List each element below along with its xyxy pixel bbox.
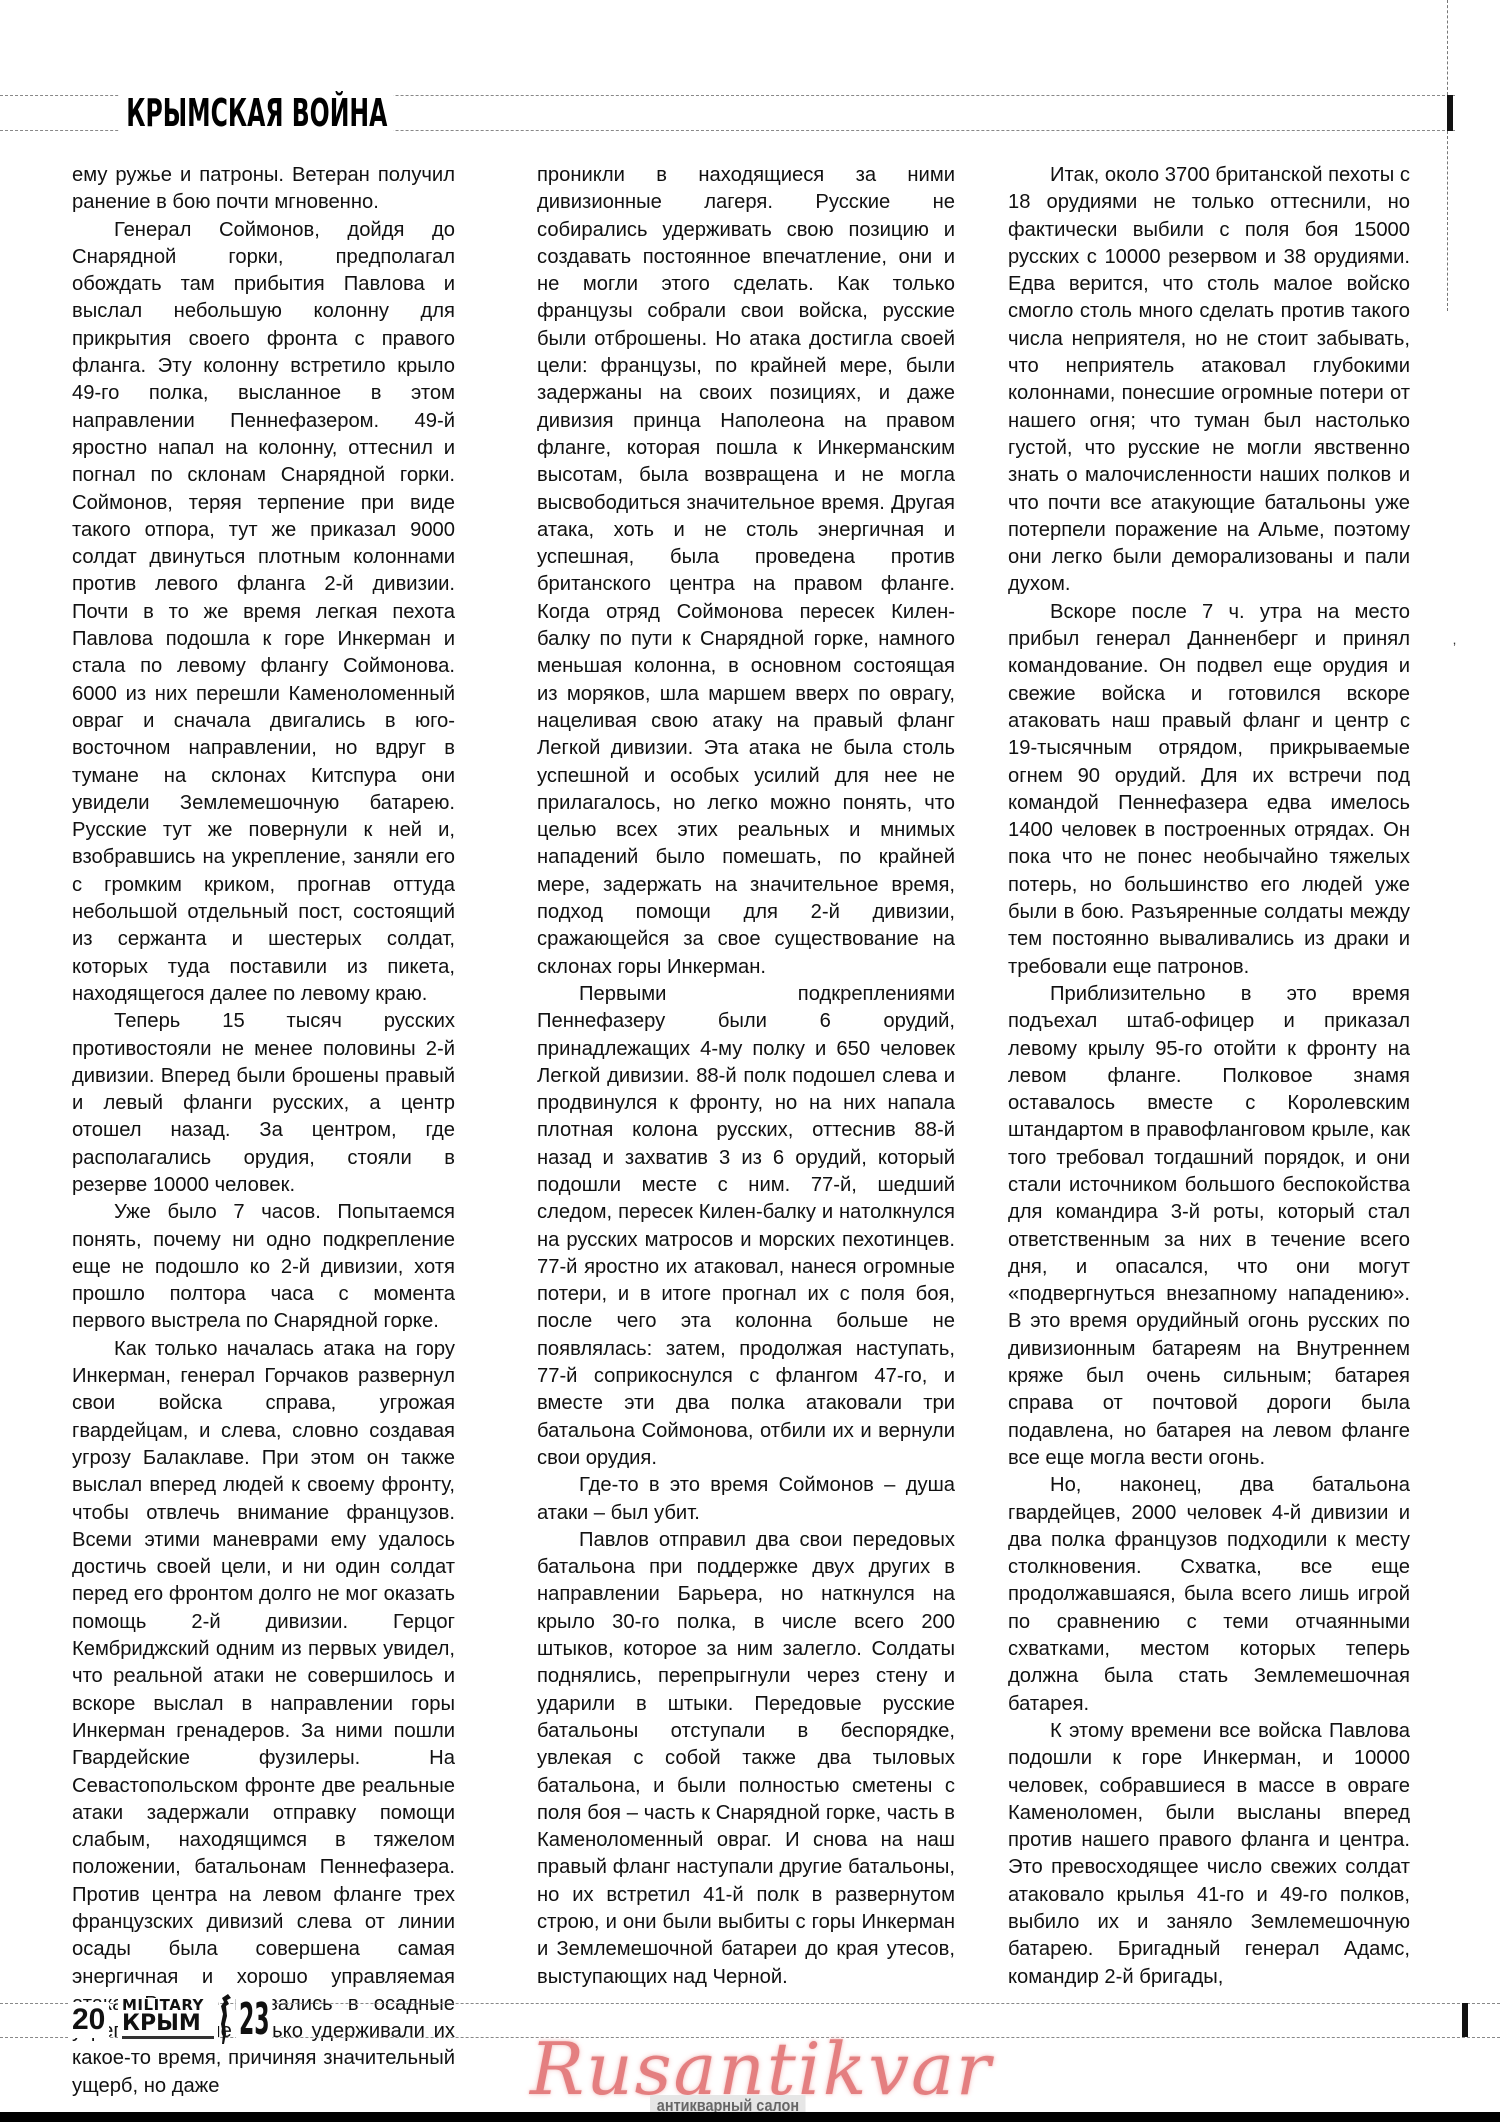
paragraph: Генерал Соймонов, дойдя до Снарядной гор… xyxy=(72,217,455,1009)
article-column-1: ему ружье и патроны. Ветеран получил ран… xyxy=(72,162,455,2100)
paragraph: Теперь 15 тысяч русских противостояли не… xyxy=(72,1008,455,1199)
logo-underbar xyxy=(122,2036,214,2039)
soldier-silhouette-icon xyxy=(218,1994,232,2044)
crop-mark xyxy=(1447,131,1449,311)
paragraph: Итак, около 3700 британской пехоты с 18 … xyxy=(1008,162,1410,599)
paragraph: Первыми подкреплениями Пеннефазеру были … xyxy=(537,981,955,1472)
article-column-2: проникли в находящиеся за ними дивизионн… xyxy=(537,162,955,1991)
paragraph: Павлов отправил два свои передовых батал… xyxy=(537,1527,955,1991)
watermark: Rusantikvar антикварный салон xyxy=(520,2035,1000,2122)
crop-mark xyxy=(1447,0,1449,95)
paragraph: Но, наконец, два батальона гвардейцев, 2… xyxy=(1008,1472,1410,1718)
paragraph: Вскоре после 7 ч. утра на место прибыл г… xyxy=(1008,599,1410,981)
page-number: 20 xyxy=(68,2002,109,2038)
logo-krym: КРЫМ xyxy=(122,2013,214,2034)
scan-edge-bar xyxy=(0,2112,1500,2122)
crop-mark-block xyxy=(1462,2003,1468,2037)
section-title: КРЫМСКАЯ ВОЙНА xyxy=(120,92,394,134)
paragraph: Как только началась атака на гору Инкерм… xyxy=(72,1336,455,2100)
paragraph: Уже было 7 часов. Попытаемся понять, поч… xyxy=(72,1199,455,1335)
issue-number: 23 xyxy=(236,1998,273,2042)
paragraph: Приблизительно в это время подъехал штаб… xyxy=(1008,981,1410,1472)
magazine-logo: MILITARY КРЫМ xyxy=(118,1998,218,2046)
paragraph: проникли в находящиеся за ними дивизионн… xyxy=(537,162,955,981)
crop-mark-block xyxy=(1447,95,1453,131)
paragraph: К этому времени все войска Павлова подош… xyxy=(1008,1718,1410,1991)
margin-mark: ʼ xyxy=(1453,640,1456,656)
paragraph: ему ружье и патроны. Ветеран получил ран… xyxy=(72,162,455,217)
article-column-3: Итак, около 3700 британской пехоты с 18 … xyxy=(1008,162,1410,1991)
paragraph: Где-то в это время Соймонов – душа атаки… xyxy=(537,1472,955,1527)
